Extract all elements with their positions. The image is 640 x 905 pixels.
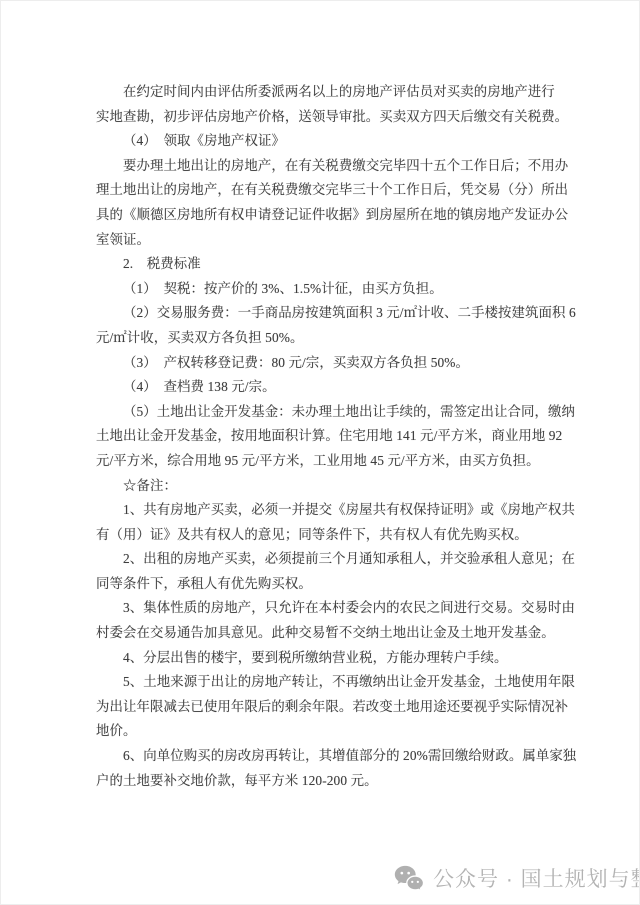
text-line: 5、土地来源于出让的房地产转让，不再缴纳出让金开发基金，土地使用年限 bbox=[96, 670, 566, 695]
text-line: 在约定时间内由评估所委派两名以上的房地产评估员对买卖的房地产进行 bbox=[96, 80, 566, 105]
text-line: 1、共有房地产买卖，必须一并提交《房屋共有权保持证明》或《房地产权共 bbox=[96, 498, 566, 523]
text-line: 3、集体性质的房地产，只允许在本村委会内的农民之间进行交易。交易时由 bbox=[96, 596, 566, 621]
text-line: 理土地出让的房地产，在有关税费缴交完毕三十个工作日后，凭交易（分）所出 bbox=[96, 178, 566, 203]
text-line: （1） 契税：按产价的 3%、1.5%计征，由买方负担。 bbox=[96, 277, 566, 302]
text-line: 6、向单位购买的房改房再转让，其增值部分的 20%需回缴给财政。属单家独 bbox=[96, 744, 566, 769]
text-line: 户的土地要补交地价款，每平方米 120-200 元。 bbox=[96, 769, 566, 794]
text-line: 土地出让金开发基金，按用地面积计算。住宅用地 141 元/平方米，商业用地 92 bbox=[96, 424, 566, 449]
text-line: 具的《顺德区房地所有权申请登记证件收据》到房屋所在地的镇房地产发证办公 bbox=[96, 203, 566, 228]
text-line: （3） 产权转移登记费：80 元/宗，买卖双方各负担 50%。 bbox=[96, 351, 566, 376]
text-line: 4、分层出售的楼宇，要到税所缴纳营业税，方能办理转户手续。 bbox=[96, 646, 566, 671]
text-line: 要办理土地出让的房地产，在有关税费缴交完毕四十五个工作日后；不用办 bbox=[96, 154, 566, 179]
text-line: （2）交易服务费：一手商品房按建筑面积 3 元/㎡计收、二手楼按建筑面积 6 bbox=[96, 301, 566, 326]
text-line: 室领证。 bbox=[96, 228, 566, 253]
text-line: 实地查勘，初步评估房地产价格，送领导审批。买卖双方四天后缴交有关税费。 bbox=[96, 105, 566, 130]
text-line: 地价。 bbox=[96, 719, 566, 744]
text-line: 2、出租的房地产买卖，必须提前三个月通知承租人，并交验承租人意见；在 bbox=[96, 547, 566, 572]
text-line: 有（用）证》及共有权人的意见；同等条件下，共有权人有优先购买权。 bbox=[96, 523, 566, 548]
document-page: 在约定时间内由评估所委派两名以上的房地产评估员对买卖的房地产进行实地查勘，初步评… bbox=[0, 0, 640, 905]
text-line: 村委会在交易通告加具意见。此种交易暂不交纳土地出让金及土地开发基金。 bbox=[96, 621, 566, 646]
document-body: 在约定时间内由评估所委派两名以上的房地产评估员对买卖的房地产进行实地查勘，初步评… bbox=[96, 80, 566, 793]
wechat-account-label: 公众号 · 国土规划与整治 bbox=[433, 863, 640, 893]
text-line: （4） 领取《房地产权证》 bbox=[96, 129, 566, 154]
wechat-footer: 公众号 · 国土规划与整治 bbox=[394, 859, 640, 897]
text-line: 元/㎡计收，买卖双方各负担 50%。 bbox=[96, 326, 566, 351]
wechat-icon bbox=[394, 865, 424, 891]
text-line: 同等条件下，承租人有优先购买权。 bbox=[96, 572, 566, 597]
text-line: （5）土地出让金开发基金：未办理土地出让手续的，需签定出让合同，缴纳 bbox=[96, 400, 566, 425]
text-line: 元/平方米，综合用地 95 元/平方米，工业用地 45 元/平方米，由买方负担。 bbox=[96, 449, 566, 474]
text-line: ☆备注： bbox=[96, 474, 566, 499]
text-line: 为出让年限减去已使用年限后的剩余年限。若改变土地用途还要视乎实际情况补 bbox=[96, 695, 566, 720]
text-line: （4） 查档费 138 元/宗。 bbox=[96, 375, 566, 400]
text-line: 2. 税费标准 bbox=[96, 252, 566, 277]
